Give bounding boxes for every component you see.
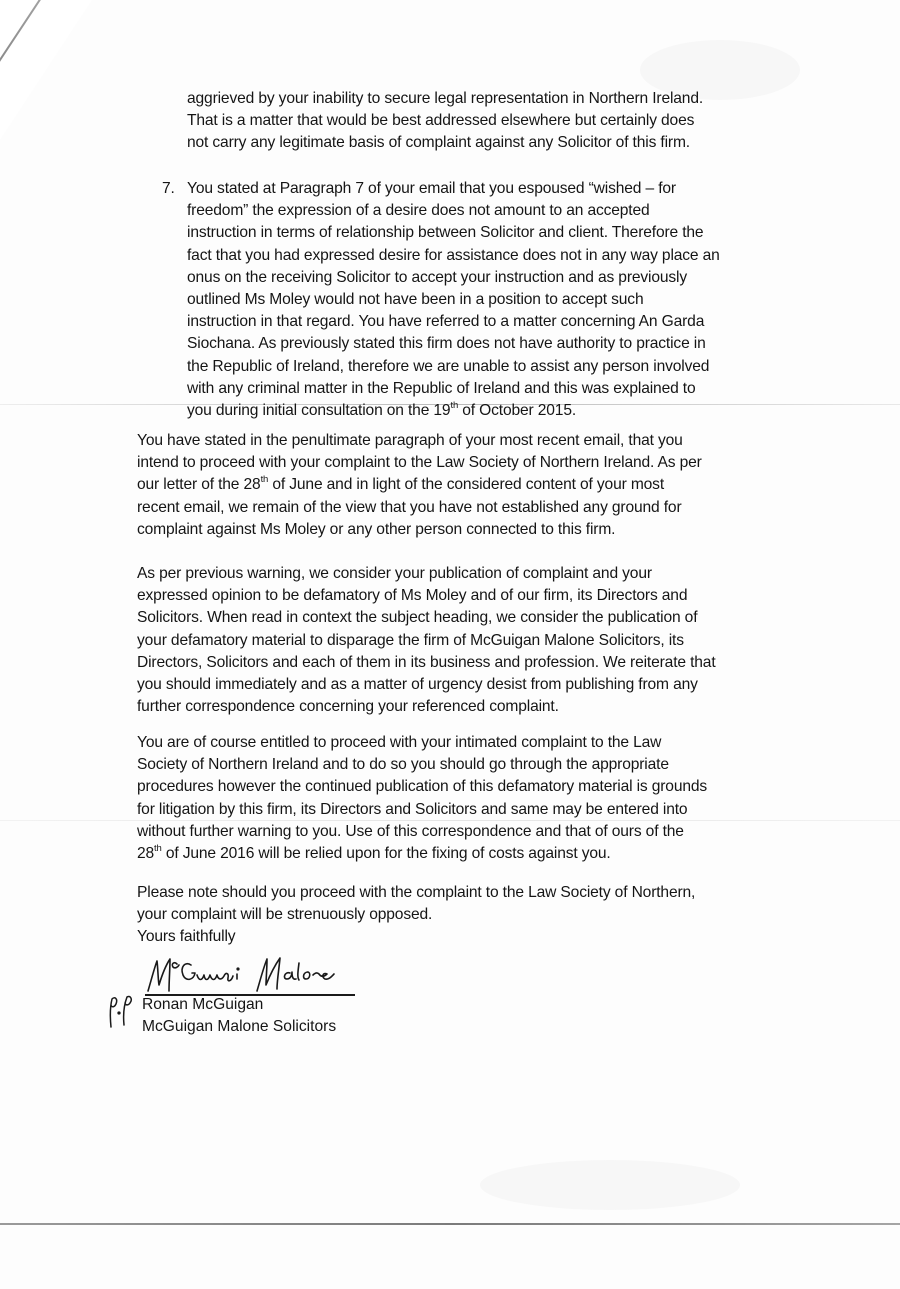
text-line: our letter of the 28th of June and in li… — [137, 474, 702, 496]
salutation: Yours faithfully — [137, 926, 695, 948]
text-line: procedures however the continued publica… — [137, 776, 707, 798]
item-body: You stated at Paragraph 7 of your email … — [187, 178, 720, 422]
text-line: You have stated in the penultimate parag… — [137, 430, 702, 452]
text-line: recent email, we remain of the view that… — [137, 497, 702, 519]
text-line: expressed opinion to be defamatory of Ms… — [137, 585, 716, 607]
text-line: you during initial consultation on the 1… — [187, 400, 720, 422]
pp-handwritten-mark — [106, 993, 136, 1028]
text-line: for litigation by this firm, its Directo… — [137, 799, 707, 821]
text-line: fact that you had expressed desire for a… — [187, 245, 720, 267]
text-fragment: of June 2016 will be relied upon for the… — [162, 845, 611, 862]
ordinal-suffix: th — [450, 400, 458, 411]
text-fragment: 28 — [137, 845, 154, 862]
text-fragment: our letter of the 28 — [137, 476, 261, 493]
text-line: Solicitors. When read in context the sub… — [137, 607, 716, 629]
ordinal-suffix: th — [154, 843, 162, 854]
signer-block: Ronan McGuigan McGuigan Malone Solicitor… — [142, 994, 336, 1038]
signer-name: Ronan McGuigan — [142, 994, 336, 1016]
text-line: with any criminal matter in the Republic… — [187, 378, 720, 400]
text-line: further correspondence concerning your r… — [137, 696, 716, 718]
handwritten-signature — [145, 955, 355, 993]
text-line: the Republic of Ireland, therefore we ar… — [187, 356, 720, 378]
scan-smudge — [480, 1160, 740, 1210]
text-line: without further warning to you. Use of t… — [137, 821, 707, 843]
text-line: aggrieved by your inability to secure le… — [187, 88, 703, 110]
litigation-paragraph: You are of course entitled to proceed wi… — [137, 732, 707, 865]
text-line: your complaint will be strenuously oppos… — [137, 904, 695, 926]
text-line: 28th of June 2016 will be relied upon fo… — [137, 843, 707, 865]
text-fragment: of October 2015. — [458, 402, 576, 419]
text-line: your defamatory material to disparage th… — [137, 630, 716, 652]
text-line: not carry any legitimate basis of compla… — [187, 132, 703, 154]
complaint-intent-paragraph: You have stated in the penultimate parag… — [137, 430, 702, 541]
paper-fold-line — [0, 1223, 900, 1225]
text-line: instruction in terms of relationship bet… — [187, 222, 720, 244]
text-line: outlined Ms Moley would not have been in… — [187, 289, 720, 311]
text-line: onus on the receiving Solicitor to accep… — [187, 267, 720, 289]
folded-corner — [0, 0, 92, 140]
text-line: That is a matter that would be best addr… — [187, 110, 703, 132]
continuation-paragraph: aggrieved by your inability to secure le… — [187, 88, 703, 155]
text-line: freedom” the expression of a desire does… — [187, 200, 720, 222]
text-line: Society of Northern Ireland and to do so… — [137, 754, 707, 776]
text-line: Directors, Solicitors and each of them i… — [137, 652, 716, 674]
closing-paragraph: Please note should you proceed with the … — [137, 882, 695, 949]
text-line: Please note should you proceed with the … — [137, 882, 695, 904]
item-number: 7. — [162, 178, 175, 200]
scanned-letter-page: aggrieved by your inability to secure le… — [0, 0, 900, 1289]
text-line: intend to proceed with your complaint to… — [137, 452, 702, 474]
text-line: instruction in that regard. You have ref… — [187, 311, 720, 333]
text-line: you should immediately and as a matter o… — [137, 674, 716, 696]
text-fragment: of June and in light of the considered c… — [268, 476, 664, 493]
defamation-paragraph: As per previous warning, we consider you… — [137, 563, 716, 718]
text-line: complaint against Ms Moley or any other … — [137, 519, 702, 541]
text-line: You are of course entitled to proceed wi… — [137, 732, 707, 754]
text-line: You stated at Paragraph 7 of your email … — [187, 178, 720, 200]
text-fragment: you during initial consultation on the 1… — [187, 402, 450, 419]
text-line: Siochana. As previously stated this firm… — [187, 333, 720, 355]
firm-name: McGuigan Malone Solicitors — [142, 1016, 336, 1038]
text-line: As per previous warning, we consider you… — [137, 563, 716, 585]
ordinal-suffix: th — [261, 474, 269, 485]
